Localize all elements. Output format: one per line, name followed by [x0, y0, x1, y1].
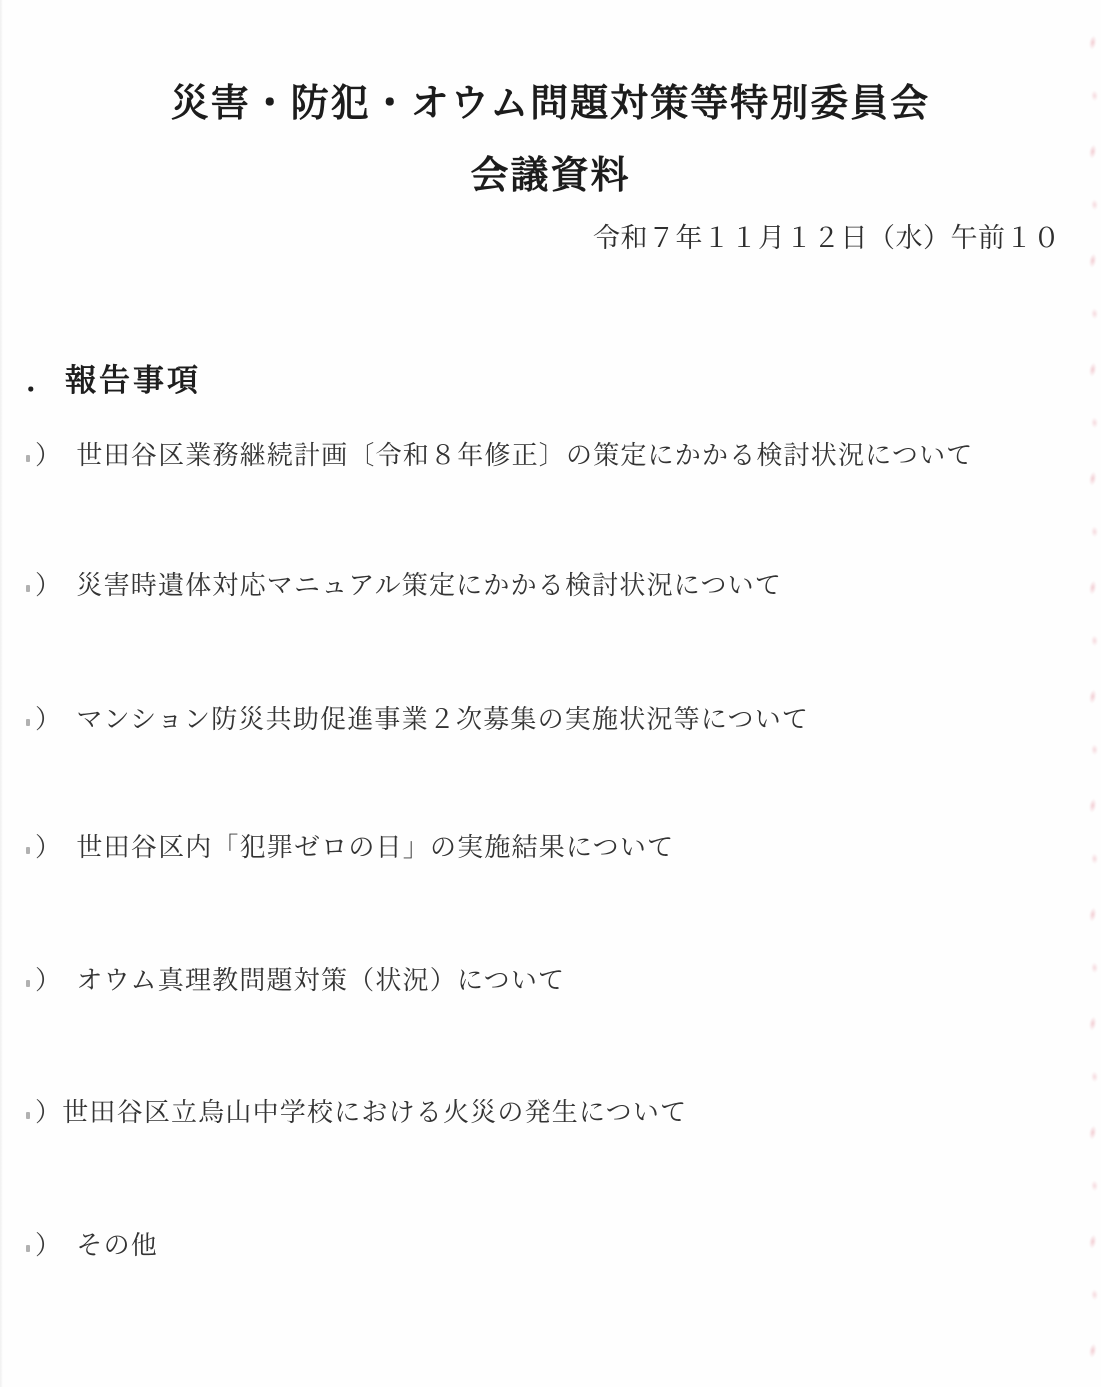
binding-mark — [1088, 579, 1099, 597]
item-text: 災害時遺体対応マニュアル策定にかかる検討状況について — [76, 571, 782, 600]
binding-mark — [1091, 525, 1100, 539]
agenda-item-1: ） 世田谷区業務継続計画〔令和８年修正〕の策定にかかる検討状況について — [26, 435, 974, 472]
binding-mark — [1091, 1070, 1100, 1084]
agenda-item-2: ） 災害時遺体対応マニュアル策定にかかる検討状況について — [26, 565, 782, 602]
item-number-paren: ） — [35, 833, 76, 862]
document-page: 災害・防犯・オウム問題対策等特別委員会 会議資料 令和７年１１月１２日（水）午前… — [0, 0, 1101, 1387]
binding-mark — [1088, 688, 1099, 706]
item-text: オウム真理教問題対策（状況）について — [76, 966, 565, 995]
item-number-paren: ） — [35, 1098, 62, 1127]
document-subtitle: 会議資料 — [0, 144, 1101, 199]
item-number-paren: ） — [35, 705, 76, 734]
binding-mark — [1088, 1233, 1099, 1251]
binding-mark — [1091, 198, 1100, 212]
binding-mark — [1088, 1342, 1099, 1360]
cut-number-fragment — [26, 980, 30, 987]
binding-mark — [1088, 470, 1099, 488]
binding-mark — [1088, 1124, 1099, 1142]
item-text: その他 — [76, 1231, 158, 1260]
item-number-paren: ） — [35, 441, 76, 470]
agenda-item-3: ） マンション防災共助促進事業２次募集の実施状況等について — [26, 699, 809, 736]
binding-mark — [1091, 1288, 1100, 1302]
binding-mark — [1088, 1015, 1099, 1033]
item-text: 世田谷区業務継続計画〔令和８年修正〕の策定にかかる検討状況について — [76, 441, 973, 470]
section-number-period: ． — [26, 363, 57, 398]
binding-mark — [1091, 89, 1100, 103]
binding-mark — [1088, 252, 1099, 270]
document-title: 災害・防犯・オウム問題対策等特別委員会 — [0, 72, 1101, 127]
binding-mark — [1091, 961, 1100, 975]
agenda-item-4: ） 世田谷区内「犯罪ゼロの日」の実施結果について — [26, 827, 674, 864]
item-number-paren: ） — [35, 966, 76, 995]
item-text: 世田谷区立烏山中学校における火災の発生について — [62, 1098, 687, 1127]
cut-number-fragment — [26, 719, 30, 726]
cut-number-fragment — [26, 585, 30, 592]
binding-mark — [1088, 906, 1099, 924]
binding-mark — [1091, 634, 1100, 648]
binding-mark — [1091, 743, 1100, 757]
item-number-paren: ） — [35, 571, 76, 600]
item-text: 世田谷区内「犯罪ゼロの日」の実施結果について — [76, 833, 674, 862]
scan-left-edge — [0, 0, 3, 1387]
item-number-paren: ） — [35, 1231, 76, 1260]
item-text: マンション防災共助促進事業２次募集の実施状況等について — [76, 705, 809, 734]
binding-mark — [1091, 1179, 1100, 1193]
agenda-item-7: ） その他 — [26, 1225, 158, 1262]
agenda-item-5: ） オウム真理教問題対策（状況）について — [26, 960, 565, 997]
binding-mark — [1088, 361, 1099, 379]
document-date: 令和７年１１月１２日（水）午前１０ — [593, 216, 1061, 255]
section-heading: ．報告事項 — [26, 355, 201, 400]
agenda-item-6: ）世田谷区立烏山中学校における火災の発生について — [26, 1092, 687, 1129]
binding-mark — [1088, 797, 1099, 815]
cut-number-fragment — [26, 847, 30, 854]
binding-mark — [1091, 307, 1100, 321]
binding-mark — [1091, 852, 1100, 866]
cut-number-fragment — [26, 1245, 30, 1252]
binding-mark — [1091, 416, 1100, 430]
cut-number-fragment — [26, 1112, 30, 1119]
cut-number-fragment — [26, 455, 30, 462]
binding-mark — [1088, 34, 1099, 52]
section-heading-label: 報告事項 — [65, 363, 201, 398]
